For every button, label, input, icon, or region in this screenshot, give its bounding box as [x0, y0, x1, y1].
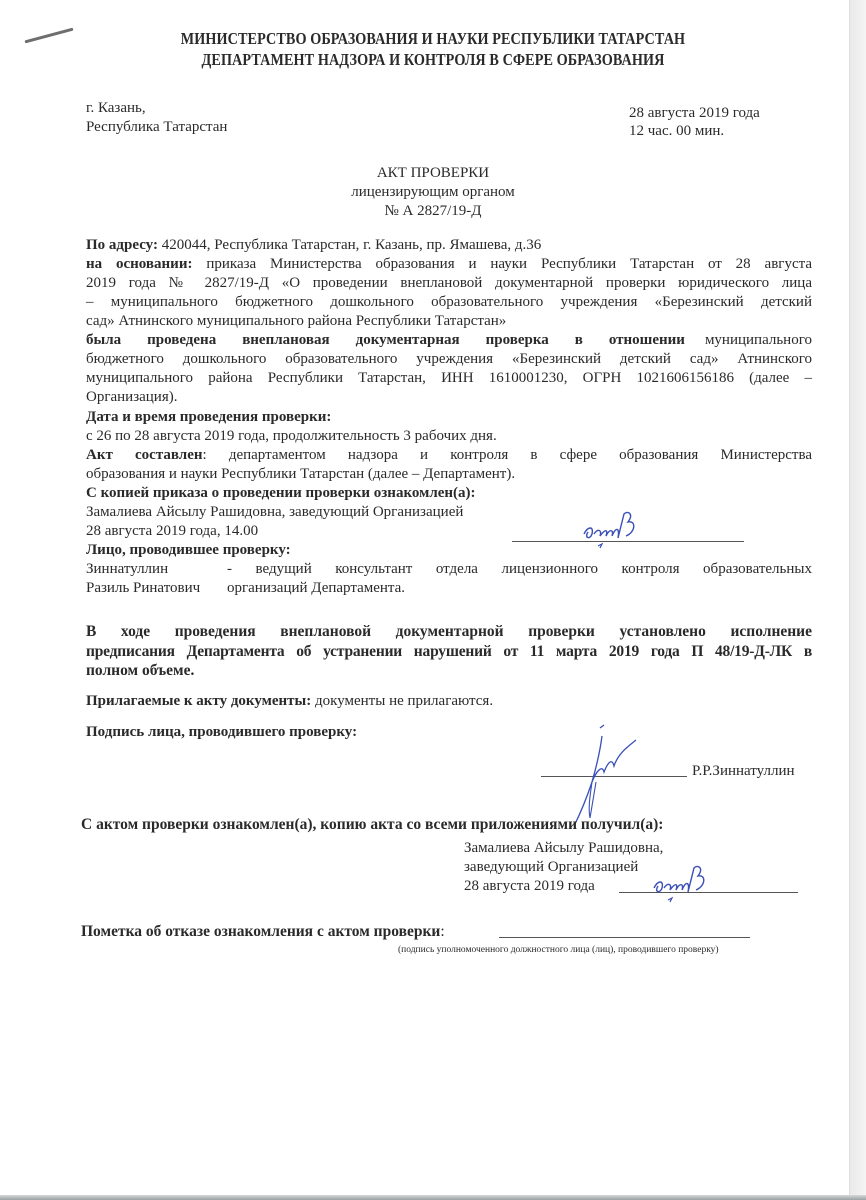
- act-number: № А 2827/19-Д: [0, 202, 866, 221]
- acknowledged-position: заведующий Организацией: [464, 858, 638, 877]
- acknowledged-label: С актом проверки ознакомлен(а), копию ак…: [81, 815, 663, 834]
- inspector-position-line-2: организаций Департамента.: [227, 579, 405, 598]
- refusal-signature-line: [499, 937, 750, 938]
- place-city: г. Казань,: [86, 99, 146, 118]
- inspector-signature-name: Р.Р.Зиннатуллин: [692, 762, 795, 781]
- composed-label: Акт составлен: [86, 447, 203, 463]
- acknowledged-date: 28 августа 2019 года: [464, 877, 595, 896]
- composed-line-2: образования и науки Республики Татарстан…: [86, 465, 812, 484]
- result-line-2: предписания Департамента об устранении н…: [86, 642, 812, 661]
- address-value: 420044, Республика Татарстан, г. Казань,…: [158, 237, 541, 253]
- period-value: с 26 по 28 августа 2019 года, продолжите…: [86, 427, 497, 446]
- inspector-name: Разиль Ринатович: [86, 579, 200, 598]
- order-copy-date: 28 августа 2019 года, 14.00: [86, 522, 258, 541]
- place-region: Республика Татарстан: [86, 118, 227, 137]
- order-copy-label: С копией приказа о проведении проверки о…: [86, 484, 476, 503]
- inspector-label: Лицо, проводившее проверку:: [86, 541, 291, 560]
- basis-line-1: на основании: приказа Министерства образ…: [86, 255, 812, 274]
- inspection-line-4: Организация).: [86, 388, 812, 407]
- inspection-line-2: бюджетного дошкольного образовательного …: [86, 350, 812, 369]
- scan-bottom-edge: [0, 1195, 866, 1200]
- basis-line-2: 2019 года № 2827/19-Д «О проведении внеп…: [86, 274, 812, 293]
- inspection-line-3: муниципального района Республики Татарст…: [86, 369, 812, 388]
- period-label: Дата и время проведения проверки:: [86, 408, 331, 427]
- composed-line-1: Акт составлен: департаментом надзора и к…: [86, 446, 812, 465]
- ministry-header: МИНИСТЕРСТВО ОБРАЗОВАНИЯ И НАУКИ РЕСПУБЛ…: [61, 29, 806, 49]
- act-date: 28 августа 2019 года: [629, 104, 760, 123]
- act-title: АКТ ПРОВЕРКИ: [0, 164, 866, 183]
- order-copy-person: Замалиева Айсылу Рашидовна, заведующий О…: [86, 503, 463, 522]
- acknowledged-person: Замалиева Айсылу Рашидовна,: [464, 839, 663, 858]
- inspector-position-line-1: - ведущий консультант отдела лицензионно…: [227, 560, 812, 579]
- basis-label: на основании:: [86, 256, 192, 272]
- inspector-surname: Зиннатуллин: [86, 560, 168, 579]
- act-subtitle: лицензирующим органом: [0, 183, 866, 202]
- inspection-label: была проведена внеплановая документарная…: [86, 332, 685, 348]
- refusal-caption: (подпись уполномоченного должностного ли…: [398, 941, 719, 960]
- act-time: 12 час. 00 мин.: [629, 122, 724, 141]
- inspection-line-1: была проведена внеплановая документарная…: [86, 331, 812, 350]
- department-header: ДЕПАРТАМЕНТ НАДЗОРА И КОНТРОЛЯ В СФЕРЕ О…: [61, 50, 806, 70]
- refusal-label: Пометка об отказе ознакомления с актом п…: [81, 922, 445, 941]
- result-line-3: полном объеме.: [86, 661, 812, 680]
- address: По адресу: 420044, Республика Татарстан,…: [86, 236, 541, 255]
- basis-line-3: – муниципального бюджетного дошкольного …: [86, 293, 812, 312]
- result-line-1: В ходе проведения внеплановой документар…: [86, 622, 812, 641]
- attachments-label: Прилагаемые к акту документы:: [86, 693, 311, 709]
- basis-line-4: сад» Атнинского муниципального района Ре…: [86, 312, 812, 331]
- signature-zamalieva-1: [580, 508, 660, 553]
- attachments: Прилагаемые к акту документы: документы …: [86, 692, 493, 711]
- signature-zamalieva-2: [650, 862, 730, 907]
- inspector-signature-label: Подпись лица, проводившего проверку:: [86, 723, 357, 742]
- address-label: По адресу:: [86, 237, 158, 253]
- attachments-value: документы не прилагаются.: [311, 693, 493, 709]
